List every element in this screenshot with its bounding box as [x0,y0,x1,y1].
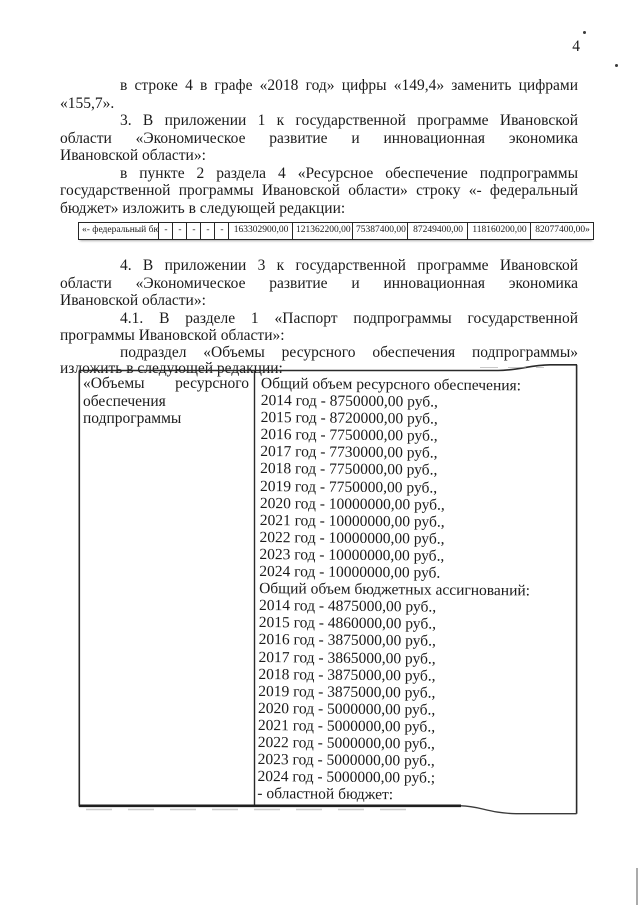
dash-cell: - [201,223,215,240]
funding-line: - областной бюджет: [257,785,569,805]
amount-cell: 82077400,00» [531,223,594,240]
text-line: Ивановской области»: [60,147,578,165]
paragraph-item-4-1: 4.1. В разделе 1 «Паспорт подпрограммы г… [60,310,578,345]
funding-line: 2018 год - 7750000,00 руб., [260,461,572,481]
funding-line: 2016 год - 3875000,00 руб., [259,631,571,651]
dash-cell: - [187,223,201,240]
funding-line: 2017 год - 3865000,00 руб., [258,649,570,669]
amount-cell: 75387400,00 [353,223,408,240]
amount-cell: 163302900,00 [229,223,293,240]
federal-budget-table: «- федеральный бюджет - - - - - 16330290… [78,222,594,240]
text-line: «155,7». [60,95,578,113]
text-line: «Объемы ресурсного [83,375,249,393]
budget-label-cell: «- федеральный бюджет [79,223,159,240]
amount-cell: 121362200,00 [293,223,353,240]
text-line: подпрограммы [83,410,249,428]
text-line: области «Экономическое развитие и иннова… [60,130,578,148]
text-line: в строке 4 в графе «2018 год» цифры «149… [60,77,578,95]
subprogram-passport-table: «Объемы ресурсного обеспечения подпрогра… [78,363,578,815]
paragraph-amend-row4: в строке 4 в графе «2018 год» цифры «149… [60,77,578,112]
text-line: государственной программы Ивановской обл… [60,182,578,200]
text-line: Ивановской области»: [60,292,578,310]
dash-cell: - [173,223,187,240]
amount-cell: 87249400,00 [408,223,468,240]
dash-cell: - [159,223,173,240]
text-line: бюджет» изложить в следующей редакции: [60,200,578,218]
passport-right-cell: Общий объем ресурсного обеспечения: 2014… [251,375,573,805]
paragraph-item-4-section: в пункте 2 раздела 4 «Ресурсное обеспече… [60,165,578,218]
passport-left-cell: «Объемы ресурсного обеспечения подпрогра… [79,375,253,428]
text-line: обеспечения [83,393,249,411]
page-number: 4 [572,38,580,55]
text-line: 3. В приложении 1 к государственной прог… [60,112,578,130]
paragraph-item-4: 4. В приложении 3 к государственной прог… [60,257,578,310]
scan-speck [583,31,586,34]
text-line: 4.1. В разделе 1 «Паспорт подпрограммы г… [60,310,578,328]
paragraph-item-3: 3. В приложении 1 к государственной прог… [60,112,578,165]
scan-speck [615,64,618,67]
text-line: 4. В приложении 3 к государственной прог… [60,257,578,275]
document-page: 4 в строке 4 в графе «2018 год» цифры «1… [0,0,640,905]
table-row: «- федеральный бюджет - - - - - 16330290… [79,223,594,240]
document-body: в строке 4 в графе «2018 год» цифры «149… [60,77,578,815]
scan-edge-artifact [636,868,638,905]
amount-cell: 118160200,00 [468,223,531,240]
text-line: программы Ивановской области»: [60,327,578,345]
text-line: области «Экономическое развитие и иннова… [60,275,578,293]
dash-cell: - [215,223,229,240]
text-line: подраздел «Объемы ресурсного обеспечения… [60,345,578,361]
text-line: в пункте 2 раздела 4 «Ресурсное обеспече… [60,165,578,183]
